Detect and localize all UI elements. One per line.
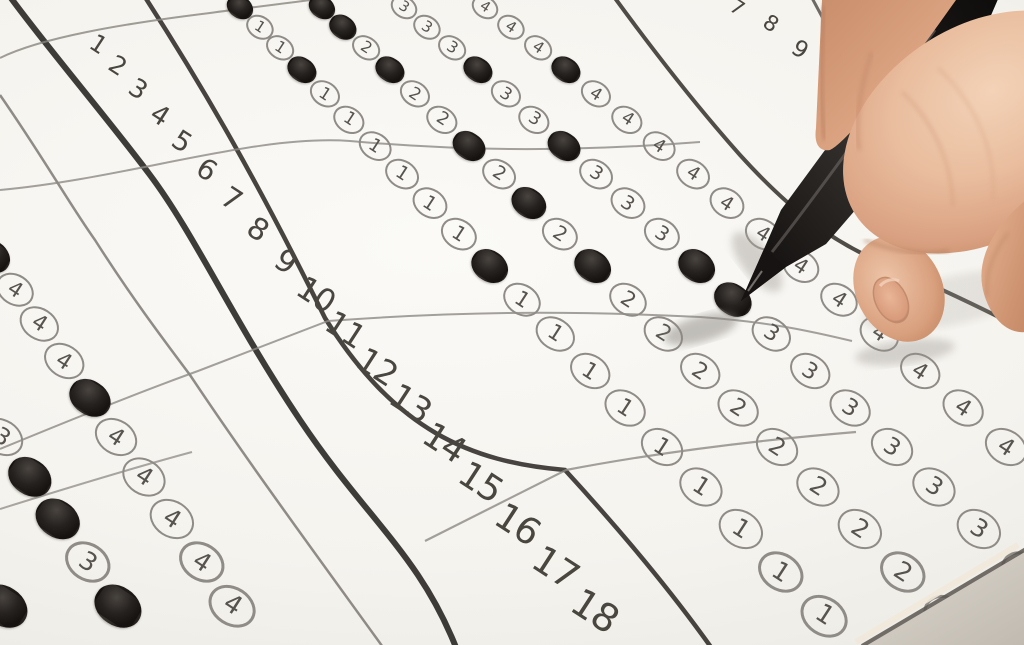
hand-and-pen-layer bbox=[0, 0, 1024, 645]
omr-answer-sheet-photo: 3413411234231234412345146123471348123494… bbox=[0, 0, 1024, 645]
pen-tip-shadow bbox=[661, 306, 741, 352]
